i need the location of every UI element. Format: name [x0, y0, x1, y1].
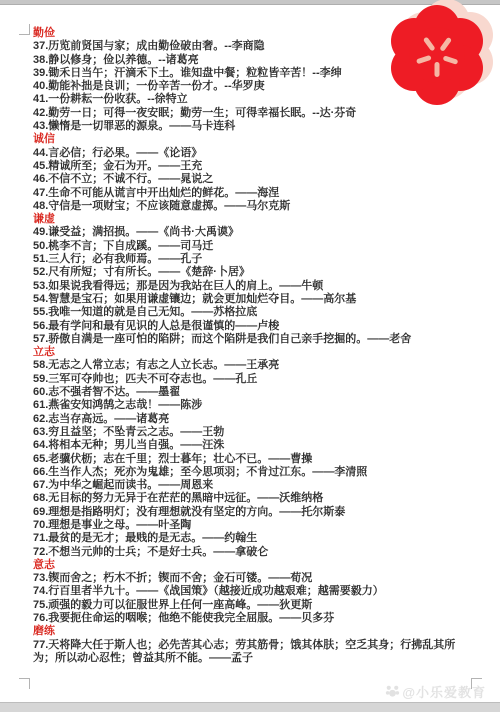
quote-line: 68.无目标的努力无异于在茫茫的黑暗中远征。——沃维纳格 [33, 492, 470, 505]
quote-line: 58.无志之人常立志；有志之人立长志。——王承亮 [33, 359, 470, 372]
quote-line: 43.懒惰是一切罪恶的源泉。——马卡连科 [33, 120, 470, 133]
quote-line: 67.为中华之崛起而读书。——周恩来 [33, 479, 470, 492]
quotes-list: 勤俭37.历览前贤国与家；成由勤俭破由奢。--李商隐38.静以修身；俭以养德。-… [33, 27, 470, 665]
quote-line: 70.理想是事业之母。——叶圣陶 [33, 519, 470, 532]
quote-line: 40.勤能补拙是良训；一份辛苦一份才。--华罗庚 [33, 80, 470, 93]
quote-line: 76.我要扼住命运的咽喉；他绝不能使我完全屈服。——贝多芬 [33, 612, 470, 625]
quote-line: 66.生当作人杰；死亦为鬼雄；至今思项羽；不肯过江东。——李清照 [33, 466, 470, 479]
section-title: 勤俭 [33, 27, 470, 40]
quote-line: 69.理想是指路明灯；没有理想就没有坚定的方向。——托尔斯泰 [33, 506, 470, 519]
quote-line: 50.桃李不言；下自成蹊。——司马迁 [33, 240, 470, 253]
quote-line: 44.言必信；行必果。——《论语》 [33, 147, 470, 160]
quote-line: 72.不想当元帅的士兵；不是好士兵。——拿破仑 [33, 546, 470, 559]
quote-line: 39.锄禾日当午；汗滴禾下土。谁知盘中餐；粒粒皆辛苦！--李绅 [33, 67, 470, 80]
quote-line: 71.最贫的是无才；最贱的是无志。——约翰生 [33, 532, 470, 545]
section-title: 意志 [33, 559, 470, 572]
quote-line: 77.天将降大任于斯人也；必先苦其心志；劳其筋骨；饿其体肤；空乏其身；行拂乱其所… [33, 639, 470, 666]
watermark-logo-icon [385, 684, 400, 699]
quote-line: 52.尺有所短；寸有所长。——《楚辞·卜居》 [33, 266, 470, 279]
quote-line: 42.勤劳一日；可得一夜安眠；勤劳一生；可得幸福长眠。--达·芬奇 [33, 107, 470, 120]
quote-line: 54.智慧是宝石；如果用谦虚镶边；就会更加灿烂夺目。——高尔基 [33, 293, 470, 306]
quote-line: 64.将相本无种；男儿当自强。——汪洙 [33, 439, 470, 452]
quote-line: 49.谦受益；满招损。——《尚书·大禹谟》 [33, 226, 470, 239]
quote-line: 48.守信是一项财宝；不应该随意虚掷。——马尔克斯 [33, 200, 470, 213]
quote-line: 74.行百里者半九十。——《战国策》（越接近成功越艰难；越需要毅力） [33, 585, 470, 598]
quote-line: 51.三人行；必有我师焉。——孔子 [33, 253, 470, 266]
quote-line: 61.燕雀安知鸿鹄之志哉！——陈涉 [33, 399, 470, 412]
quote-line: 45.精诚所至；金石为开。——王充 [33, 160, 470, 173]
quote-line: 63.穷且益坚；不坠青云之志。——王勃 [33, 426, 470, 439]
text-boundary-mark-bottom-left [19, 678, 30, 689]
watermark-text: @小乐爱教育 [402, 682, 486, 701]
quote-line: 55.我唯一知道的就是自己无知。——苏格拉底 [33, 306, 470, 319]
text-boundary-mark-top-right [471, 24, 482, 35]
quote-line: 59.三军可夺帅也；匹夫不可夺志也。——孔丘 [33, 373, 470, 386]
quote-line: 56.最有学问和最有见识的人总是很谨慎的——卢梭 [33, 320, 470, 333]
quote-line: 57.骄傲自满是一座可怕的陷阱；而这个陷阱是我们自己亲手挖掘的。——老舍 [33, 333, 470, 346]
quote-line: 73.锲而舍之；朽木不折；锲而不舍；金石可镂。——荀况 [33, 572, 470, 585]
quote-line: 41.一份耕耘一份收获。--徐特立 [33, 93, 470, 106]
quote-line: 46.不信不立；不诚不行。——晁说之 [33, 173, 470, 186]
quote-line: 38.静以修身；俭以养德。--诸葛亮 [33, 54, 470, 67]
section-title: 磨练 [33, 625, 470, 638]
quote-line: 47.生命不可能从谎言中开出灿烂的鲜花。——海涅 [33, 187, 470, 200]
page-bottom-strip [0, 702, 500, 712]
quote-line: 75.顽强的毅力可以征服世界上任何一座高峰。——狄更斯 [33, 599, 470, 612]
quote-line: 62.志当存高远。——诸葛亮 [33, 413, 470, 426]
section-title: 谦虚 [33, 213, 470, 226]
section-title: 立志 [33, 346, 470, 359]
quote-line: 65.老骥伏枥；志在千里；烈士暮年；壮心不已。——曹操 [33, 453, 470, 466]
section-title: 诚信 [33, 133, 470, 146]
quote-line: 37.历览前贤国与家；成由勤俭破由奢。--李商隐 [33, 40, 470, 53]
window-top-strip [0, 0, 500, 5]
quote-line: 53.如果说我看得远；那是因为我站在巨人的肩上。——牛顿 [33, 280, 470, 293]
quote-line: 60.志不强者智不达。——墨翟 [33, 386, 470, 399]
watermark: @小乐爱教育 [385, 682, 486, 701]
text-boundary-mark-top-left [19, 24, 30, 35]
